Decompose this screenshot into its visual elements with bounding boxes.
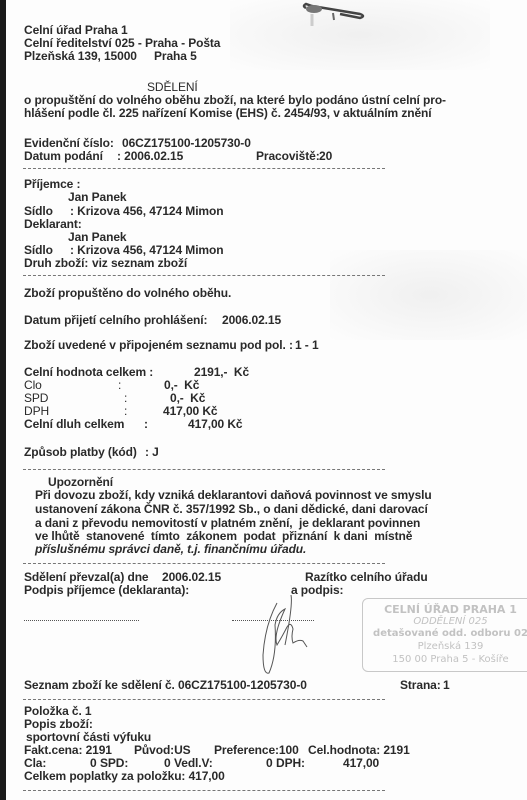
separator — [23, 469, 385, 470]
prijemce-sidlo-value: : Krizova 456, 47124 Mimon — [70, 205, 223, 218]
page-label: Strana: — [400, 679, 441, 692]
prijemce-name: Jan Panek — [68, 191, 126, 204]
customs-stamp: CELNÍ ÚŘAD PRAHA 1 ODDĚLENÍ 025 detašova… — [362, 598, 527, 672]
separator — [23, 275, 385, 276]
datum-prijeti-value: 2006.02.15 — [222, 314, 281, 327]
scan-left-edge — [0, 0, 6, 800]
scan-shadow — [330, 250, 527, 340]
item-celkem: Celkem poplatky za položku: 417,00 — [24, 770, 225, 783]
document-subtitle-line2: hlášení podle čl. 225 nařízení Komise (E… — [24, 107, 432, 120]
office-street: Plzeňská 139, 15000 — [24, 50, 137, 63]
stamp-line2: ODDĚLENÍ 025 — [363, 616, 527, 627]
celni-dluh-label: Celní dluh celkem — [24, 418, 124, 431]
pracoviste-value: 20 — [319, 150, 332, 163]
item-dph-label: DPH: — [276, 757, 305, 770]
polozky-label: Zboží uvedené v připojeném seznamu pod p… — [24, 339, 293, 352]
clo-colon: : — [118, 379, 121, 392]
stamp-line4: Plzeňská 139 — [363, 641, 527, 652]
celni-hodnota-value: 2191,- Kč — [194, 366, 249, 379]
paperclip-icon — [300, 2, 380, 34]
notice-line: Při dovozu zboží, kdy vzniká deklarantov… — [35, 489, 432, 502]
celni-dluh-colon: : — [144, 418, 148, 431]
datum-prijeti-label: Datum přijetí celního prohlášení: — [24, 314, 207, 327]
goods-list-title: Seznam zboží ke sdělení č. 06CZ175100-12… — [24, 679, 307, 692]
dph-colon: : — [124, 405, 127, 418]
polozky-value: 1 - 1 — [295, 339, 319, 352]
stamp-line1: CELNÍ ÚŘAD PRAHA 1 — [363, 603, 527, 616]
pracoviste-label: Pracoviště: — [256, 150, 320, 163]
celni-dluh-value: 417,00 Kč — [188, 418, 242, 431]
notice-line: příslušnému správci daně, t.j. finančním… — [35, 543, 306, 556]
celni-hodnota-label: Celní hodnota celkem : — [24, 366, 153, 379]
notice-line: ustanovení zákona ČNR č. 357/1992 Sb., o… — [35, 503, 428, 516]
payment-label: Způsob platby (kód) — [24, 446, 137, 459]
separator — [23, 699, 385, 700]
separator — [23, 790, 385, 791]
item-vedl-value: 0 — [266, 757, 273, 770]
datum-podani-label: Datum podání — [24, 150, 103, 163]
item-dph-value: 417,00 — [343, 757, 379, 770]
druh-zbozi-value: viz seznam zboží — [92, 257, 187, 270]
datum-podani-value: : 2006.02.15 — [117, 150, 183, 163]
signature-scribble — [255, 595, 315, 685]
stamp-line5: 150 00 Praha 5 - Košíře — [363, 654, 527, 665]
podpis-prijemce-label: Podpis příjemce (deklaranta): — [24, 584, 189, 597]
separator — [23, 168, 385, 169]
payment-value: : J — [145, 446, 159, 459]
separator — [23, 563, 385, 564]
office-city: Praha 5 — [154, 50, 197, 63]
druh-zbozi-label: Druh zboží: — [24, 257, 88, 270]
recipient-signature-line — [24, 620, 139, 621]
stamp-line3: detašované odd. odboru 02 — [363, 628, 527, 639]
page-value: 1 — [443, 679, 450, 692]
release-statement: Zboží propuštěno do volného oběhu. — [24, 287, 231, 300]
